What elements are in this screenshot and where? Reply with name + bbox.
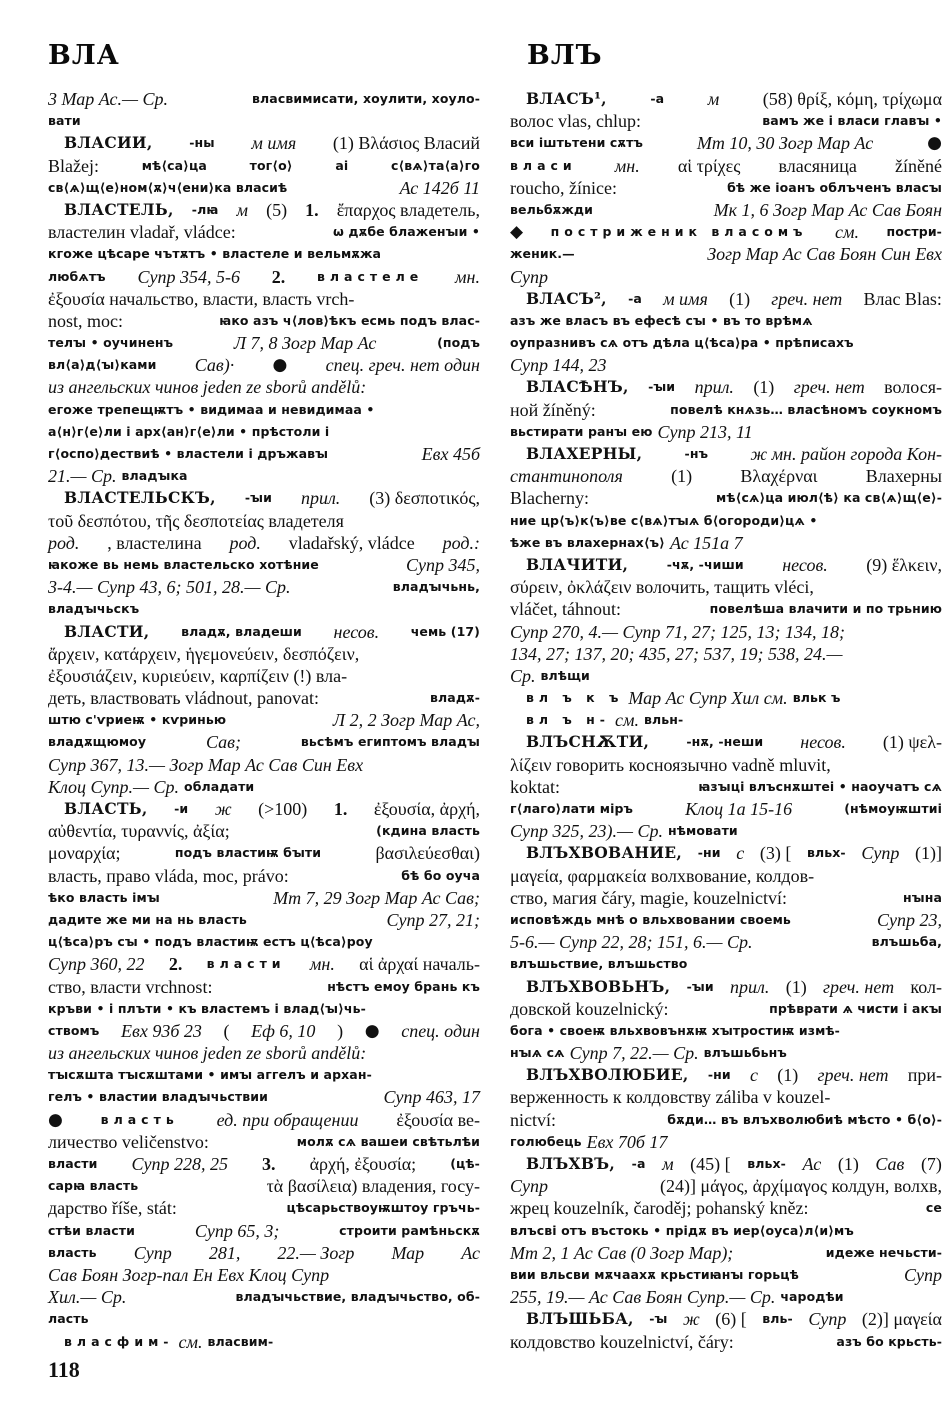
italic-label: Л 2, 2 Зогр Мар Ас, (333, 709, 480, 731)
gloss-text: vláčet, táhnout: (510, 598, 621, 620)
church-slavonic-citation: вл⟨а⟩д⟨ꙑ⟩ками (48, 354, 156, 376)
text-line: любѧтъСупр 354, 5-62.властелемн. (48, 266, 480, 288)
church-slavonic-citation: нѣмовати (668, 820, 738, 842)
bullet-symbol: ● (273, 354, 288, 376)
italic-label: см. (615, 709, 639, 731)
church-slavonic-citation: вльх- (747, 1153, 786, 1175)
italic-label: Мк 1, 6 Зогр Мар Ас Сав Боян (714, 199, 942, 221)
headword: ВЛЪХВОЛЮБИЕ, (526, 1064, 689, 1086)
italic-label: Мар (391, 1242, 424, 1264)
italic-label: Супр 144, 23 (510, 354, 607, 376)
church-slavonic-citation: власти (48, 1153, 98, 1175)
text-line: ВЛАСТИ,владѫ, владешинесов.чемь (17) (48, 621, 480, 643)
italic-label: см. (178, 1331, 202, 1353)
gloss-text: деть, властвовать vládnout, panovat: (48, 687, 319, 709)
italic-label: мн. (455, 266, 480, 288)
spaced-form: власи (510, 155, 577, 177)
headword: ВЛЪХВОВАНИЕ, (526, 842, 682, 864)
gloss-text: Влахерны (866, 465, 942, 487)
text-line: а⟨н⟩г⟨е⟩ли і арх⟨ан⟩г⟨е⟩ли • прѣстоли і (48, 421, 480, 443)
italic-label: спец. один (401, 1020, 480, 1042)
church-slavonic-citation: вьсѣмъ египтомъ владꙑ (301, 731, 480, 753)
text-line: влъсві отъ въстокь • прідѫ въ иер⟨оуса⟩л… (510, 1220, 942, 1242)
text-line: Blacherny:мѣ⟨сѧ⟩ца июл⟨ѣ⟩ ка св⟨ѧ⟩щ⟨е⟩- (510, 487, 942, 509)
church-slavonic-citation: -а (628, 288, 642, 310)
bullet-symbol: ● (48, 1109, 63, 1131)
text-line: Мт 2, 1 Ас Сав (0 Зогр Мар);идеже нечьст… (510, 1242, 942, 1264)
text-line: ВЛАЧИТИ,-чѫ, -чишинесов.(9) ἕλκειν, (510, 554, 942, 576)
text-line: Ср.влѣщи (510, 665, 942, 687)
gloss-text: кол- (910, 976, 942, 998)
text-line: кръви • і плъти • къ властемъ і влад⟨ꙑ⟩ч… (48, 998, 480, 1020)
text-line: нꙑѧ сѧСупр 7, 22.— Ср.влъшьбьнъ (510, 1042, 942, 1064)
text-line: стѣи властиСупр 65, 3;строити рамѣньскѫ (48, 1220, 480, 1242)
sense-number: 1. (305, 199, 319, 221)
text-line: из ангельских чинов jeden ze sborů anděl… (48, 1042, 480, 1064)
italic-label: Евх 70б 17 (587, 1131, 668, 1153)
church-slavonic-citation: дадите же ми на нь власть (48, 909, 247, 931)
bullet-symbol: ● (927, 132, 942, 154)
text-line: кгоже цѣсаре чътѫтъ • властеле и вельмѫж… (48, 243, 480, 265)
spaced-form: властеле (317, 266, 423, 288)
church-slavonic-citation: вльх- (807, 842, 846, 864)
church-slavonic-citation: власвим- (207, 1331, 273, 1353)
church-slavonic-citation: ствомъ (48, 1020, 99, 1042)
text-line: Клоц Супр.— Ср.обладати (48, 776, 480, 798)
text-line: властелин vladař, vládce:ѡ дѫбе блаженꙑи… (48, 221, 480, 243)
text-line: λίζειν говорить косноязычно vadně mluvit… (510, 754, 942, 776)
text-line: ѣко власть імꙑМт 7, 29 Зогр Мар Ас Сав; (48, 887, 480, 909)
text-line: μοναρχία;подъ властиѭ бꙑтиβασιλεύεσθαι) (48, 842, 480, 864)
text-line: стантинополя(1)ΒλαχέρναιВлахерны (510, 465, 942, 487)
italic-label: греч. нет (823, 976, 894, 998)
text-line: вьстирати ранꙑ еюСупр 213, 11 (510, 421, 942, 443)
church-slavonic-citation: строити рамѣньскѫ (339, 1220, 480, 1242)
text-line: σύρειν, ὀκλάζειν волочить, тащить vléci, (510, 576, 942, 598)
church-slavonic-citation: се (926, 1197, 942, 1219)
running-head-right: ВЛЪ (527, 40, 603, 71)
text-line: из ангельских чинов jeden ze sborů anděl… (48, 376, 480, 398)
church-slavonic-citation: ц⟨ѣса⟩ръ сꙑ • подъ властиѭ естъ ц⟨ѣса⟩ро… (48, 931, 373, 953)
gloss-text: ) (337, 1020, 343, 1042)
italic-label: Мт 2, 1 Ас Сав (0 Зогр Мар); (510, 1242, 733, 1264)
italic-label: 281, (209, 1242, 241, 1264)
italic-label: Супр 354, 5-6 (137, 266, 240, 288)
church-slavonic-citation: идеже нечьсти- (826, 1242, 942, 1264)
italic-label: Хил.— Ср. (48, 1286, 126, 1308)
gloss-text: (2)] μαγεία (862, 1308, 942, 1330)
headword: ВЛАСТИ, (64, 621, 149, 643)
text-line: ВЛАСЪ¹,-ам(58) θρίξ, κόμη, τρίχωμα (510, 88, 942, 110)
italic-label: Супр (134, 1242, 172, 1264)
gloss-text: Blacherny: (510, 487, 589, 509)
italic-label: Супр 325, 23).— Ср. (510, 820, 663, 842)
church-slavonic-citation: постри- (887, 221, 942, 243)
italic-label: род. (48, 532, 79, 554)
church-slavonic-citation: кръви • і плъти • къ властемъ і влад⟨ꙑ⟩ч… (48, 998, 366, 1020)
italic-label: Сав; (206, 731, 241, 753)
gloss-text: власть, право vláda, moc, právo: (48, 865, 289, 887)
church-slavonic-citation: г⟨лаго⟩лати міръ (510, 798, 633, 820)
italic-label: мн. (615, 155, 640, 177)
gloss-text: αἱ ἀρχαί началь- (359, 953, 480, 975)
text-line: ние цр⟨ъ⟩к⟨ъ⟩ве с⟨вѧ⟩тꙑѧ б⟨огороди⟩цѧ • (510, 510, 942, 532)
text-line: вии вльсви мѫчаахѫ крьстиꙗнꙑ горьцѣСупр (510, 1264, 942, 1286)
church-slavonic-citation: бѣ бо оуча (401, 865, 480, 887)
italic-label: 3-4.— Супр 43, 6; 501, 28.— Ср. (48, 576, 291, 598)
italic-label: Супр 463, 17 (384, 1086, 481, 1108)
text-line: ВЛАСѢНЪ,-ꙑиприл.(1)греч. нетволося- (510, 376, 942, 398)
church-slavonic-citation: подъ властиѭ бꙑти (175, 842, 321, 864)
text-line: Хил.— Ср.владꙑчьствие, владꙑчьство, об- (48, 1286, 480, 1308)
church-slavonic-citation: голюбець (510, 1131, 582, 1153)
gloss-text: (24)] μάγος, ἀρχίμαγος колдун, волхв, (660, 1175, 942, 1197)
text-line: nost, moc:ꙗко азъ ч⟨лов⟩ѣкъ есмь подъ вл… (48, 310, 480, 332)
text-line: 134, 27; 137, 20; 435, 27; 537, 19; 538,… (510, 643, 942, 665)
headword: ВЛАЧИТИ, (526, 554, 628, 576)
church-slavonic-citation: егоже трепещѭтъ • видимаа и невидимаа • (48, 399, 374, 421)
church-slavonic-citation: -ни (698, 842, 721, 864)
headword: ВЛЪСНѪТИ, (526, 731, 649, 753)
church-slavonic-citation: цѣсарьствоуѭштоу гръчь- (286, 1197, 480, 1219)
text-line: ВЛАСЪ²,-ам имя(1)греч. нетВлас Blas: (510, 288, 942, 310)
text-line: вси іштьтени сѫтъМт 10, 30 Зогр Мар Ас● (510, 132, 942, 154)
text-line: ВЛЪСНѪТИ,-нѫ, -нешинесов.(1) ψελ- (510, 731, 942, 753)
church-slavonic-citation: гелъ • властии владꙑчьствии (48, 1086, 268, 1108)
church-slavonic-citation: -ꙑ (649, 1308, 667, 1330)
headword: ВЛАСЪ², (526, 288, 607, 310)
church-slavonic-citation: сарꙗ власть (48, 1175, 138, 1197)
gloss-text: верженность к колдовству záliba v kouzel… (510, 1086, 830, 1108)
church-slavonic-citation: св⟨ѧ⟩щ⟨е⟩ном⟨ѫ⟩ч⟨ени⟩ка власиѣ (48, 177, 287, 199)
church-slavonic-citation: бѣ же іоанъ облъченъ власꙑ (727, 177, 942, 199)
church-slavonic-citation: вельбѫжди (510, 199, 593, 221)
italic-label: м (708, 88, 720, 110)
church-slavonic-citation: повелѣ кнѧзь… власѣномъ соукномъ (670, 399, 942, 421)
italic-label: 5-6.— Супр 22, 28; 151, 6.— Ср. (510, 931, 753, 953)
church-slavonic-citation: вль- (762, 1308, 793, 1330)
church-slavonic-citation: вамъ же і власи главꙑ • (762, 110, 942, 132)
text-line: дарство říše, stát:цѣсарьствоуѭштоу гръч… (48, 1197, 480, 1219)
gloss-text: ἀρχή, ἐξουσία; (310, 1153, 417, 1175)
gloss-text: ἐξουσία начальство, власти, власть vrch- (48, 288, 354, 310)
gloss-text: (3) [ (760, 842, 791, 864)
italic-label: Супр 27, 21; (387, 909, 481, 931)
gloss-text: ἐξουσία, ἀρχή, (374, 798, 480, 820)
church-slavonic-citation: чемь (17) (411, 621, 480, 643)
text-line: женик.—Зогр Мар Ас Сав Боян Син Евх (510, 243, 942, 265)
italic-label: Евх 45б (422, 443, 480, 465)
gloss-text: τοῦ δεσπότου, τῆς δεσποτείας владетеля (48, 510, 344, 532)
gloss-text: волос vlas, chlup: (510, 110, 641, 132)
church-slavonic-citation: (нѣмоуѭштиі (844, 798, 942, 820)
text-line: Супр 325, 23).— Ср.нѣмовати (510, 820, 942, 842)
church-slavonic-citation: -ны (189, 132, 214, 154)
gloss-text: волося- (884, 376, 942, 398)
text-line: телꙑ • оучиненъЛ 7, 8 Зогр Мар Ас(подъ (48, 332, 480, 354)
italic-label: Супр 345, (406, 554, 480, 576)
church-slavonic-citation: молѫ сѧ вашеи свѣтьлѣи (297, 1131, 480, 1153)
italic-label: греч. нет (794, 376, 865, 398)
text-line: оупразнивъ сѧ отъ дѣла ц⟨ѣса⟩ра • прѣпис… (510, 332, 942, 354)
gloss-text: личество veličenstvo: (48, 1131, 209, 1153)
church-slavonic-citation: влъсві отъ въстокь • прідѫ въ иер⟨оуса⟩л… (510, 1220, 854, 1242)
church-slavonic-citation: (цѣ- (450, 1153, 480, 1175)
church-slavonic-citation: владѫщюмоу (48, 731, 146, 753)
sense-number: 1. (334, 798, 348, 820)
gloss-text: дарство říše, stát: (48, 1197, 177, 1219)
church-slavonic-citation: ѡ дѫбе блаженꙑи • (333, 221, 480, 243)
gloss-text: , властелина (107, 532, 201, 554)
headword: ВЛАСТЬ, (64, 798, 148, 820)
text-line: бога • своеѭ вльхвовънѫѭ хꙑтростиѭ измѣ- (510, 1020, 942, 1042)
italic-label: несов. (782, 554, 828, 576)
text-line: ВЛЪХВЪ,-ам(45) [вльх-Ас(1)Сав(7) (510, 1153, 942, 1175)
italic-label: 22.— Зогр (277, 1242, 354, 1264)
gloss-text: žíněné (895, 155, 942, 177)
italic-label: ж (215, 798, 232, 820)
italic-label: Еф 6, 10 (251, 1020, 315, 1042)
text-line: волос vlas, chlup:вамъ же і власи главꙑ … (510, 110, 942, 132)
spaced-form: вл ъ н- (526, 709, 610, 731)
italic-label: Супр 360, 22 (48, 953, 145, 975)
italic-label: Супр (510, 266, 548, 288)
italic-label: Ас (803, 1153, 822, 1175)
gloss-text: ( (224, 1020, 230, 1042)
italic-label: стантинополя (510, 465, 623, 487)
italic-label: с (750, 1064, 758, 1086)
text-line: ◆постриженик власомъсм.постри- (510, 221, 942, 243)
text-line: властьСупр281,22.— ЗогрМарАс (48, 1242, 480, 1264)
italic-label: м (237, 199, 249, 221)
church-slavonic-citation: влѣщи (541, 665, 590, 687)
italic-label: Зогр Мар Ас Сав Боян Син Евх (707, 243, 942, 265)
italic-label: спец. греч. нет один (326, 354, 480, 376)
italic-label: Ас (461, 1242, 480, 1264)
italic-label: из ангельских чинов jeden ze sborů anděl… (48, 1042, 366, 1064)
headword: ВЛАСЪ¹, (526, 88, 607, 110)
church-slavonic-citation: власвимисати, хоулити, хоуло- (252, 88, 480, 110)
church-slavonic-citation: аі (335, 155, 348, 177)
text-line: г⟨лаго⟩лати міръКлоц 1а 15-16(нѣмоуѭштиі (510, 798, 942, 820)
headword: ВЛАСѢНЪ, (526, 376, 629, 398)
italic-label: 3 Мар Ас.— Ср. (48, 88, 168, 110)
church-slavonic-citation: владꙑчьствие, владꙑчьство, об- (235, 1286, 480, 1308)
spaced-form: постриженик власомъ (551, 221, 808, 243)
italic-label: ж (683, 1308, 700, 1330)
spaced-form: вл ъ к ъ (526, 687, 623, 709)
text-line: 255, 19.— Ас Сав Боян Супр.— Ср.чародѣи (510, 1286, 942, 1308)
church-slavonic-citation: с⟨вѧ⟩та⟨а⟩го (391, 155, 480, 177)
italic-label: из ангельских чинов jeden ze sborů anděl… (48, 376, 366, 398)
text-line: личество veličenstvo:молѫ сѧ вашеи свѣть… (48, 1131, 480, 1153)
italic-label: несов. (800, 731, 846, 753)
church-slavonic-citation: владѫ, владеши (181, 621, 302, 643)
church-slavonic-citation: власть (48, 1242, 97, 1264)
text-line: штю с'ѵриеѭ • кѵриньюЛ 2, 2 Зогр Мар Ас, (48, 709, 480, 731)
church-slavonic-citation: владꙑка (122, 465, 188, 487)
italic-label: Сав)· (195, 354, 234, 376)
gloss-text: (45) [ (690, 1153, 730, 1175)
church-slavonic-citation: нѣстъ емоу брань къ (327, 976, 480, 998)
headword: ВЛЪХВЪ, (526, 1153, 615, 1175)
church-slavonic-citation: владꙑчьнь, (393, 576, 480, 598)
gloss-text: ство, власти vrchnost: (48, 976, 212, 998)
text-line: Супр (510, 266, 942, 288)
italic-label: Клоц Супр.— Ср. (48, 776, 179, 798)
text-line: Супр 360, 222.властимн.αἱ ἀρχαί началь- (48, 953, 480, 975)
text-line: 5-6.— Супр 22, 28; 151, 6.— Ср.влъшьба, (510, 931, 942, 953)
text-line: верженность к колдовству záliba v kouzel… (510, 1086, 942, 1108)
text-line: егоже трепещѭтъ • видимаа и невидимаа • (48, 399, 480, 421)
italic-label: Сав Боян Зогр-пал Ен Евх Клоц Супр (48, 1264, 329, 1286)
gloss-text: μοναρχία; (48, 842, 120, 864)
church-slavonic-citation: вльк ъ (793, 687, 841, 709)
italic-label: Супр (808, 1308, 846, 1330)
gloss-text: (1) (753, 376, 774, 398)
italic-label: Сав (875, 1153, 904, 1175)
gloss-text: (5) (266, 199, 287, 221)
text-line: Супр(24)] μάγος, ἀρχίμαγος колдун, волхв… (510, 1175, 942, 1197)
text-line: ВЛЪХВОЛЮБИЕ,-нис(1)греч. нетпри- (510, 1064, 942, 1086)
italic-label: 21.— Ср. (48, 465, 117, 487)
text-line: ц⟨ѣса⟩ръ сꙑ • подъ властиѭ естъ ц⟨ѣса⟩ро… (48, 931, 480, 953)
gloss-text: (1) ψελ- (883, 731, 942, 753)
church-slavonic-citation: ꙗзꙑці влъснѫштеі • наоучатъ сѧ (698, 776, 942, 798)
church-slavonic-citation: г⟨оспо⟩дествиѣ • властели і дръжавꙑ (48, 443, 328, 465)
gloss-text: (>100) (258, 798, 307, 820)
italic-label: Супр (510, 1175, 548, 1197)
text-line: вл ъ н-см.вльн- (510, 709, 942, 731)
text-line: ласть (48, 1308, 480, 1330)
headword: ВЛАСТЕЛЬСКЪ, (64, 487, 216, 509)
gloss-text: при- (908, 1064, 942, 1086)
text-line: ствомъЕвх 93б 23(Еф 6, 10)●спец. один (48, 1020, 480, 1042)
church-slavonic-citation: влъшьба, (872, 931, 942, 953)
church-slavonic-citation: тꙑсѫшта тꙑсѫштами • имꙑ аггелъ и архан- (48, 1064, 372, 1086)
church-slavonic-citation: женик.— (510, 243, 575, 265)
gloss-text: ной žíněný: (510, 399, 596, 421)
text-line: голюбецьЕвх 70б 17 (510, 1131, 942, 1153)
text-line: вл⟨а⟩д⟨ꙑ⟩камиСав)·●спец. греч. нет один (48, 354, 480, 376)
church-slavonic-citation: исповѣждь мнѣ о вльхвовании своемь (510, 909, 791, 931)
gloss-text: λίζειν говорить косноязычно vadně mluvit… (510, 754, 831, 776)
text-line: довской kouzelnický:прѣврати ѧ чисти і а… (510, 998, 942, 1020)
church-slavonic-citation: нꙑѧ сѧ (510, 1042, 565, 1064)
gloss-text: ἐξουσία ве- (396, 1109, 480, 1131)
italic-label: прил. (730, 976, 769, 998)
text-line: 3-4.— Супр 43, 6; 501, 28.— Ср.владꙑчьнь… (48, 576, 480, 598)
church-slavonic-citation: штю с'ѵриеѭ • кѵринью (48, 709, 226, 731)
text-line: владѫщюмоуСав;вьсѣмъ египтомъ владꙑ (48, 731, 480, 753)
text-line: roucho, žínice:бѣ же іоанъ облъченъ влас… (510, 177, 942, 199)
italic-label: с (736, 842, 744, 864)
sense-number: 2. (272, 266, 286, 288)
church-slavonic-citation: -и (174, 798, 188, 820)
text-line: ной žíněný:повелѣ кнѧзь… власѣномъ соукн… (510, 399, 942, 421)
gloss-text: Blažej: (48, 155, 99, 177)
italic-label: Ас 142б 11 (400, 177, 480, 199)
text-line: жрец kouzelník, čaroděj; pohanský kněz:с… (510, 1197, 942, 1219)
text-line: koktat:ꙗзꙑці влъснѫштеі • наоучатъ сѧ (510, 776, 942, 798)
church-slavonic-citation: -ни (708, 1064, 731, 1086)
italic-label: прил. (301, 487, 340, 509)
church-slavonic-citation: мѣ⟨са⟩ца (142, 155, 207, 177)
church-slavonic-citation: (подъ (437, 332, 480, 354)
text-line: тꙑсѫшта тꙑсѫштами • имꙑ аггелъ и архан- (48, 1064, 480, 1086)
gloss-text: колдовство kouzelnictví, čáry: (510, 1331, 734, 1353)
text-line: вати (48, 110, 480, 132)
church-slavonic-citation: вьстирати ранꙑ ею (510, 421, 653, 443)
italic-label: м (662, 1153, 674, 1175)
church-slavonic-citation: вати (48, 110, 81, 132)
italic-label: Супр 228, 25 (132, 1153, 229, 1175)
text-line: Супр 144, 23 (510, 354, 942, 376)
text-line: Сав Боян Зогр-пал Ен Евх Клоц Супр (48, 1264, 480, 1286)
italic-label: Супр 65, 3; (195, 1220, 280, 1242)
text-line: власфим-см.власвим- (48, 1331, 480, 1353)
church-slavonic-citation: оупразнивъ сѧ отъ дѣла ц⟨ѣса⟩ра • прѣпис… (510, 332, 854, 354)
church-slavonic-citation: ѣже въ влахернах⟨ъ⟩ (510, 532, 665, 554)
sense-number: 2. (169, 953, 183, 975)
italic-label: Ас 151а 7 (670, 532, 743, 554)
gloss-text: roucho, žínice: (510, 177, 617, 199)
text-line: вельбѫждиМк 1, 6 Зогр Мар Ас Сав Боян (510, 199, 942, 221)
church-slavonic-citation: -ꙑи (648, 376, 675, 398)
italic-label: род. (229, 532, 260, 554)
italic-label: Супр 270, 4.— Супр 71, 27; 125, 13; 134,… (510, 621, 845, 643)
church-slavonic-citation: -а (650, 88, 664, 110)
text-line: владꙑчьскъ (48, 598, 480, 620)
church-slavonic-citation: тог⟨о⟩ (250, 155, 293, 177)
italic-label: Супр 367, 13.— Зогр Мар Ас Сав Син Евх (48, 754, 363, 776)
church-slavonic-citation: ние цр⟨ъ⟩к⟨ъ⟩ве с⟨вѧ⟩тꙑѧ б⟨огороди⟩цѧ • (510, 510, 817, 532)
text-line: ВЛЪХВОВАНИЕ,-нис(3) [вльх-Супр(1)] (510, 842, 942, 864)
italic-label: ж мн. район города Кон- (750, 443, 942, 465)
gloss-text: Βλαχέρναι (740, 465, 817, 487)
church-slavonic-citation: -лꙗ (192, 199, 219, 221)
church-slavonic-citation: ꙗко азъ ч⟨лов⟩ѣкъ есмь подъ влас- (219, 310, 480, 332)
text-line: ВЛАСТЕЛЬСКЪ,-ꙑиприл.(3) δεσποτικός, (48, 487, 480, 509)
gloss-text: ἐξουσιάζειν, κυριεύειν, καρπίζειν (!) вл… (48, 665, 347, 687)
italic-label: см. (835, 221, 859, 243)
church-slavonic-citation: ласть (48, 1308, 89, 1330)
italic-label: Мт 7, 29 Зогр Мар Ас Сав; (273, 887, 480, 909)
gloss-text: σύρειν, ὀκλάζειν волочить, тащить vléci, (510, 576, 814, 598)
headword: ВЛАСИИ, (64, 132, 153, 154)
church-slavonic-citation: чародѣи (780, 1286, 843, 1308)
text-line: влъшьствие, влъшьство (510, 953, 942, 975)
text-line: властиСупр 228, 253.ἀρχή, ἐξουσία;(цѣ- (48, 1153, 480, 1175)
text-line: μαγεία, φαρμακεία волхвование, колдов- (510, 865, 942, 887)
church-slavonic-citation: телꙑ • оучиненъ (48, 332, 173, 354)
text-line: nictví:бѫди… въ влъхволюбиѣ мѣсто • б⟨о⟩… (510, 1109, 942, 1131)
italic-label: мн. (310, 953, 335, 975)
running-head-left: ВЛА (48, 40, 120, 71)
italic-label: Л 7, 8 Зогр Мар Ас (234, 332, 377, 354)
gloss-text: koktat: (510, 776, 560, 798)
italic-label: Ср. (510, 665, 536, 687)
gloss-text: жрец kouzelník, čaroděj; pohanský kněz: (510, 1197, 808, 1219)
text-line: τοῦ δεσπότου, τῆς δεσποτείας владетеля (48, 510, 480, 532)
church-slavonic-citation: обладати (184, 776, 254, 798)
gloss-text: ство, магия čáry, magie, kouzelnictví: (510, 887, 787, 909)
italic-label: Мт 10, 30 Зогр Мар Ас (697, 132, 873, 154)
italic-label: Клоц 1а 15-16 (685, 798, 792, 820)
italic-label: род.: (443, 532, 480, 554)
italic-label: м имя (251, 132, 296, 154)
italic-label: Супр 23, (877, 909, 942, 931)
